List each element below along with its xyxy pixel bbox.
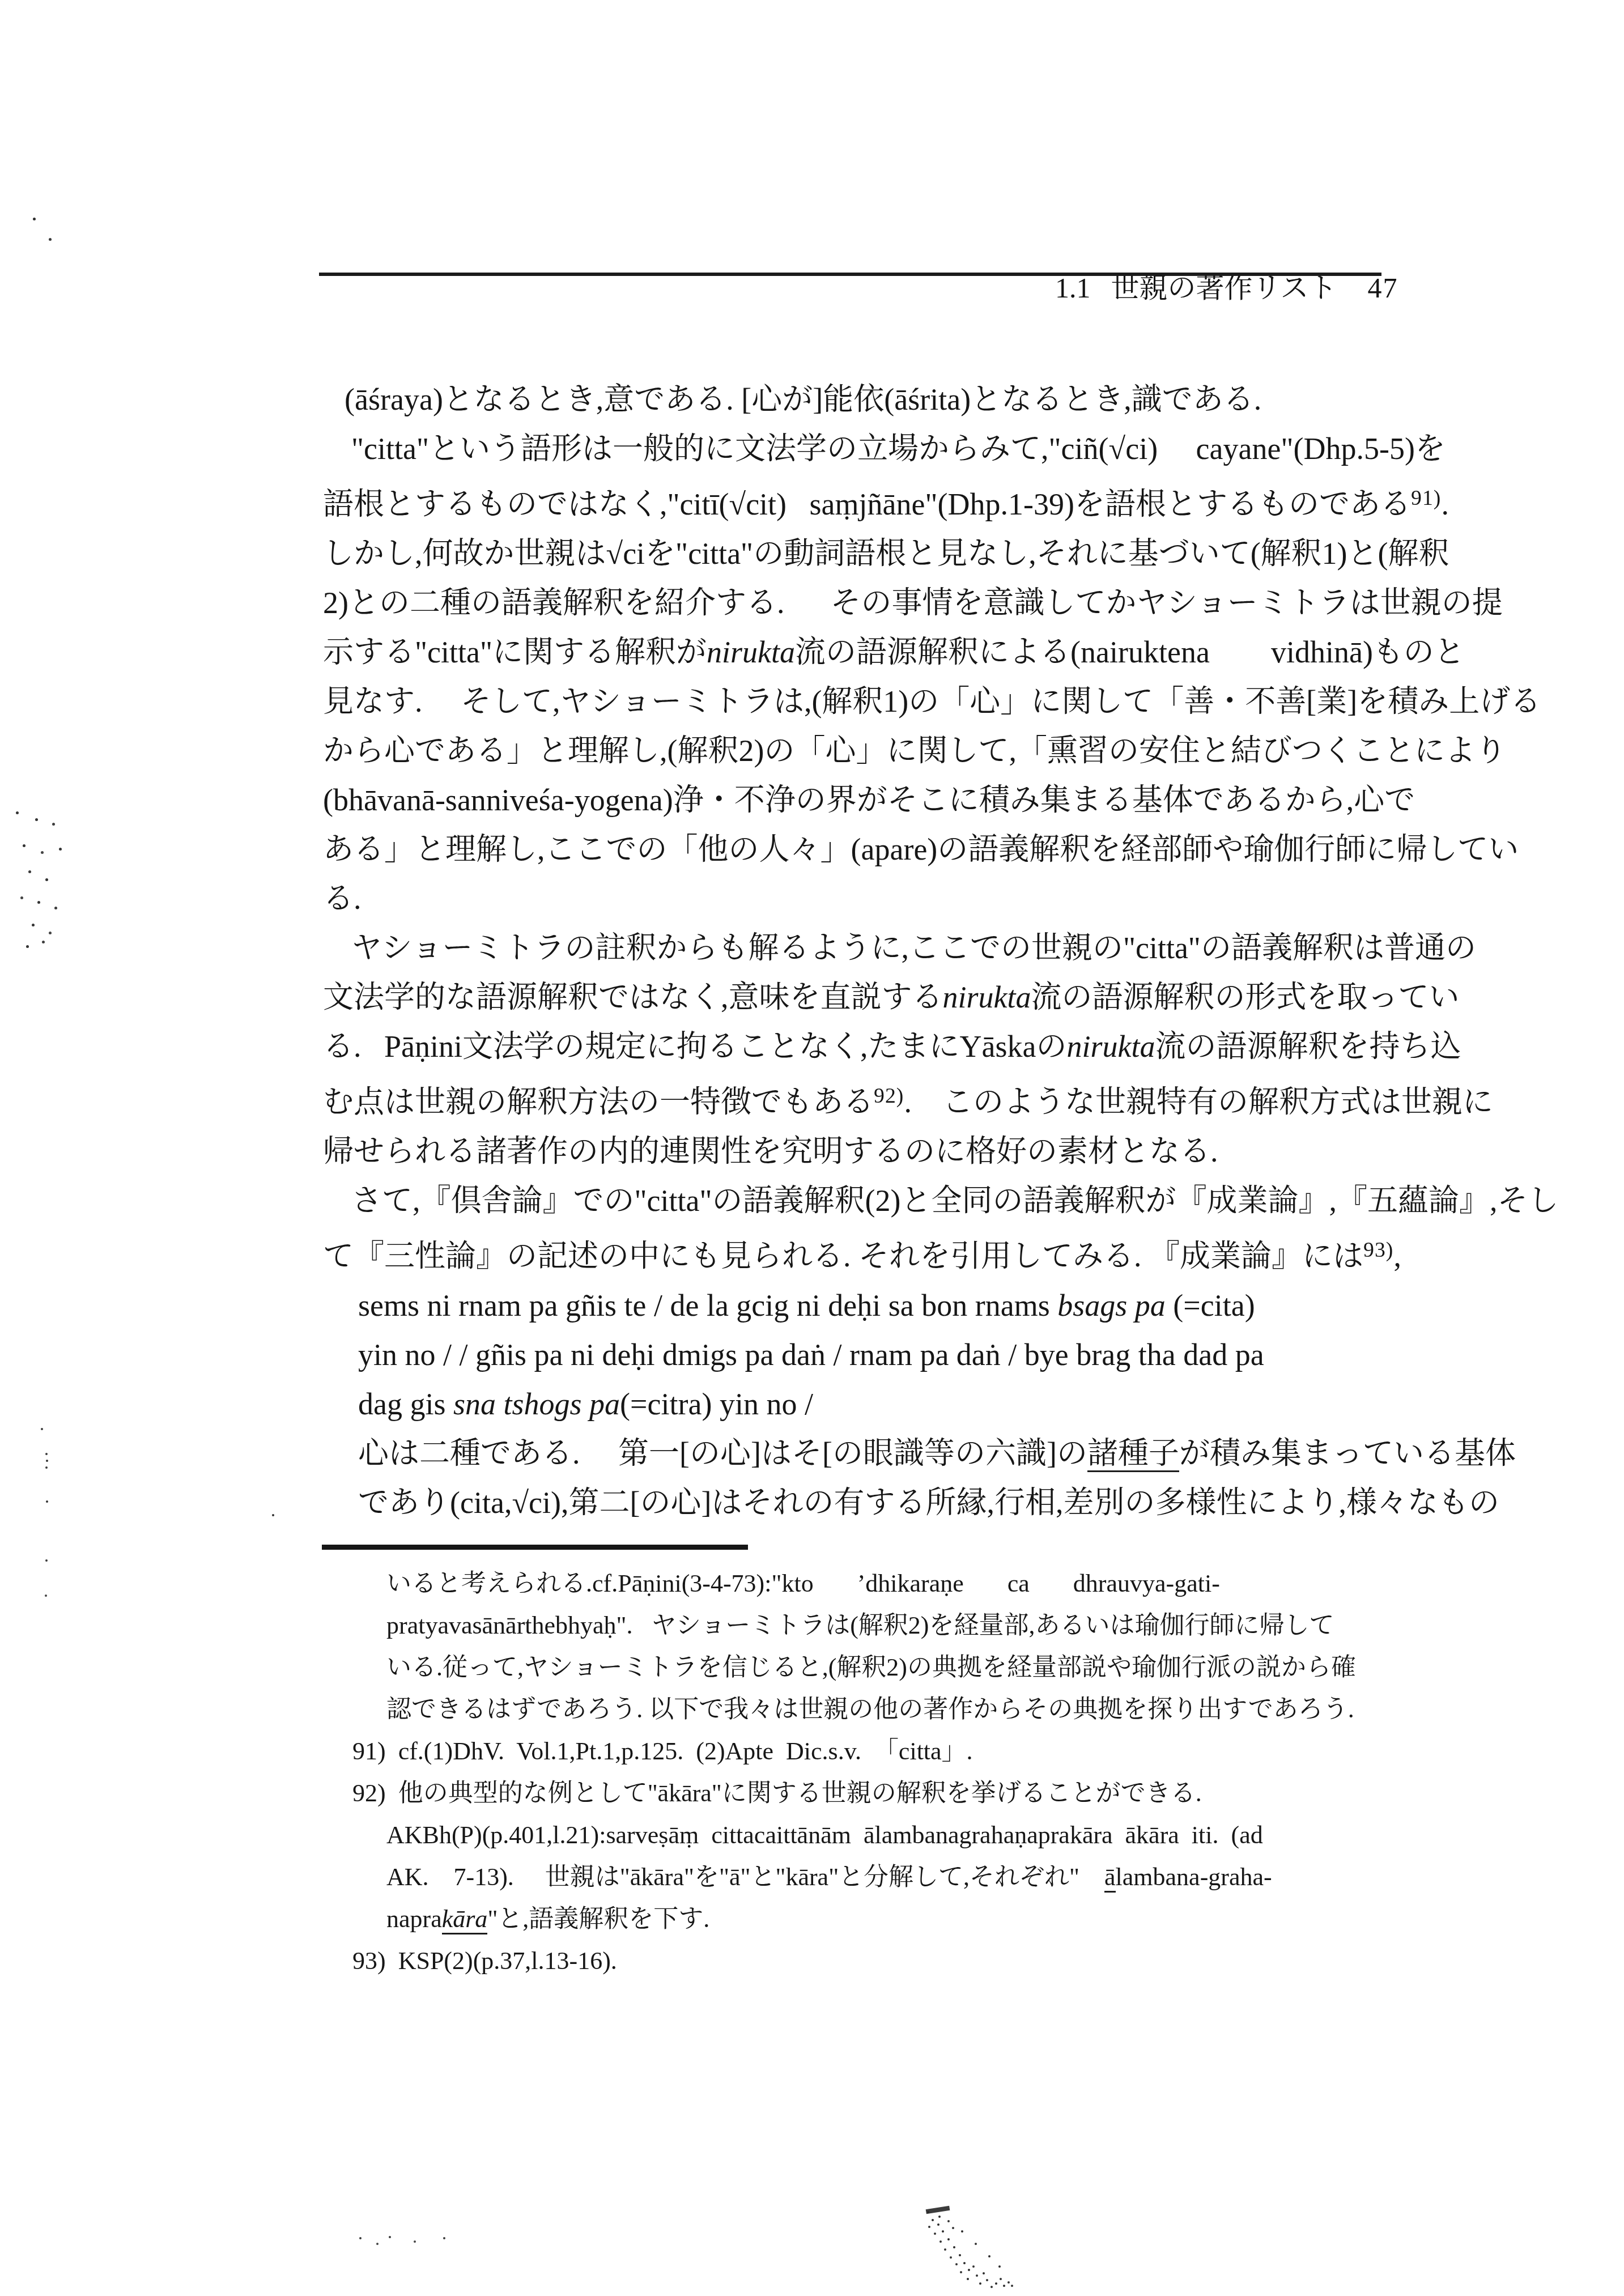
- text-segment: dag gis: [358, 1387, 453, 1421]
- text-segment: (=citra) yin no /: [620, 1387, 813, 1421]
- body-line: yin no / / gñis pa ni deḥi dmigs pa daṅ …: [323, 1330, 1349, 1380]
- text-segment: AK. 7-13). 世親は"ākāra"を"ā"と"kāra"と分解して,それ…: [386, 1863, 1104, 1891]
- body-line: "citta"という語形は一般的に文法学の立場からみて,"ciñ(√ci) ca…: [323, 424, 1349, 474]
- body-line: (bhāvanā-sanniveśa-yogena)浄・不浄の界がそこに積み集ま…: [323, 776, 1349, 825]
- scan-noise-bottom-right: [927, 2211, 929, 2213]
- text-segment: . このような世親特有の解釈方式は世親に: [904, 1085, 1493, 1119]
- text-segment: いると考えられる.cf.Pāṇini(3-4-73):"kto ’dhikara…: [386, 1570, 1220, 1597]
- footnote-line: いると考えられる.cf.Pāṇini(3-4-73):"kto ’dhikara…: [323, 1563, 1349, 1605]
- text-segment: 流の語源解釈による(nairuktena vidhinā)ものと: [795, 635, 1465, 669]
- text-segment: 2)との二種の語義解釈を紹介する. その事情を意識してかヤショーミトラは世親の提: [323, 586, 1503, 620]
- text-segment: (bhāvanā-sanniveśa-yogena)浄・不浄の界がそこに積み集ま…: [323, 783, 1415, 817]
- text-segment: "citta"という語形は一般的に文法学の立場からみて,"ciñ(√ci) ca…: [351, 432, 1446, 466]
- scan-speck-mid: [272, 1514, 274, 1516]
- section-title: 世親の著作リスト: [1111, 272, 1337, 304]
- text-segment: AKBh(P)(p.401,l.21):sarveṣāṃ cittacaittā…: [386, 1821, 1263, 1849]
- text-segment: る.: [323, 882, 362, 916]
- text-segment: 92) 他の典型的な例として"ākāra"に関する世親の解釈を挙げることができる…: [352, 1779, 1202, 1807]
- text-segment: 語根とするものではなく,"citī(√cit) saṃjñāne"(Dhp.1-…: [323, 487, 1411, 521]
- body-line: る. Pāṇini文法学の規定に拘ることなく,たまにYāskaのnirukta流…: [323, 1022, 1349, 1072]
- text-segment: 認できるはずであろう. 以下で我々は世親の他の著作からその典拠を探り出すであろう…: [386, 1695, 1354, 1723]
- text-segment: 見なす. そして,ヤショーミトラは,(解釈1)の「心」に関して「善・不善[業]を…: [323, 684, 1541, 718]
- footnote-line: 認できるはずであろう. 以下で我々は世親の他の著作からその典拠を探り出すであろう…: [323, 1689, 1349, 1730]
- text-segment: さて,『倶舎論』での"citta"の語義解釈(2)と全同の語義解釈が『成業論』,…: [351, 1184, 1559, 1218]
- text-segment: 93) KSP(2)(p.37,l.13-16).: [352, 1947, 617, 1975]
- text-segment: る. Pāṇini文法学の規定に拘ることなく,たまにYāskaの: [323, 1030, 1066, 1064]
- text-segment: yin no / / gñis pa ni deḥi dmigs pa daṅ …: [358, 1338, 1264, 1372]
- body-line: る.: [323, 874, 1349, 924]
- footnote-separator-rule: [322, 1545, 748, 1550]
- scan-noise-left-column: [41, 1428, 43, 1430]
- body-line: sems ni rnam pa gñis te / de la gcig ni …: [323, 1281, 1349, 1330]
- body-line: 心は二種である. 第一[の心]はそ[の眼識等の六識]の諸種子が積み集まっている基…: [323, 1429, 1349, 1478]
- body-line: 文法学的な語源解釈ではなく,意味を直説するnirukta流の語源解釈の形式を取っ…: [323, 973, 1349, 1022]
- body-line: ある」と理解し,ここでの「他の人々」(apare)の語義解釈を経部師や瑜伽行師に…: [323, 825, 1349, 874]
- text-segment: (=cita): [1166, 1289, 1255, 1323]
- footnote-line: AK. 7-13). 世親は"ākāra"を"ā"と"kāra"と分解して,それ…: [323, 1856, 1349, 1898]
- main-text-block: (āśraya)となるとき,意である. [心が]能依(āśrita)となるとき,…: [323, 375, 1349, 1528]
- text-segment: nirukta: [943, 980, 1031, 1014]
- footnote-line: 93) KSP(2)(p.37,l.13-16).: [323, 1940, 1349, 1982]
- footnote-line: pratyavasānārthebhyaḥ". ヤショーミトラは(解釈2)を経量…: [323, 1605, 1349, 1647]
- body-line: ヤショーミトラの註釈からも解るように,ここでの世親の"citta"の語義解釈は普…: [323, 924, 1349, 973]
- footnote-line: naprakāra"と,語義解釈を下す.: [323, 1898, 1349, 1940]
- text-segment: ā: [1104, 1863, 1116, 1893]
- text-segment: nirukta: [707, 635, 795, 669]
- text-segment: ある」と理解し,ここでの「他の人々」(apare)の語義解釈を経部師や瑜伽行師に…: [323, 832, 1519, 866]
- scan-noise-bottom-left: [359, 2237, 362, 2239]
- scan-smudge-bar: [926, 2206, 950, 2214]
- text-segment: 流の語源解釈を持ち込: [1155, 1030, 1461, 1064]
- text-segment: ヤショーミトラの註釈からも解るように,ここでの世親の"citta"の語義解釈は普…: [351, 931, 1476, 965]
- body-line: 帰せられる諸著作の内的連関性を究明するのに格好の素材となる.: [323, 1127, 1349, 1176]
- text-segment: nirukta: [1066, 1030, 1155, 1064]
- text-segment: 文法学的な語源解釈ではなく,意味を直説する: [323, 980, 943, 1014]
- footnote-line: AKBh(P)(p.401,l.21):sarveṣāṃ cittacaittā…: [323, 1814, 1349, 1856]
- text-segment: 91) cf.(1)DhV. Vol.1,Pt.1,p.125. (2)Apte…: [352, 1737, 973, 1765]
- text-segment: 92): [874, 1084, 904, 1108]
- header-rule: [319, 273, 1381, 276]
- footnote-line: 92) 他の典型的な例として"ākāra"に関する世親の解釈を挙げることができる…: [323, 1772, 1349, 1814]
- text-segment: 91): [1411, 486, 1441, 510]
- footnotes-block: いると考えられる.cf.Pāṇini(3-4-73):"kto ’dhikara…: [323, 1563, 1349, 1982]
- body-line: む点は世親の解釈方法の一特徴でもある92). このような世親特有の解釈方式は世親…: [323, 1072, 1349, 1127]
- text-segment: kāra: [442, 1905, 488, 1934]
- body-line: 見なす. そして,ヤショーミトラは,(解釈1)の「心」に関して「善・不善[業]を…: [323, 677, 1349, 726]
- text-segment: から心である」と理解し,(解釈2)の「心」に関して,「熏習の安住と結びつくことに…: [323, 734, 1506, 768]
- body-line: dag gis sna tshogs pa(=citra) yin no /: [323, 1380, 1349, 1429]
- text-segment: pratyavasānārthebhyaḥ". ヤショーミトラは(解釈2)を経量…: [386, 1612, 1334, 1639]
- text-segment: sna tshogs pa: [453, 1387, 620, 1421]
- text-segment: bsags pa: [1057, 1289, 1166, 1323]
- body-line: (āśraya)となるとき,意である. [心が]能依(āśrita)となるとき,…: [323, 375, 1349, 424]
- text-segment: 流の語源解釈の形式を取ってい: [1031, 980, 1460, 1014]
- text-segment: lambana-graha-: [1116, 1863, 1272, 1891]
- body-line: から心である」と理解し,(解釈2)の「心」に関して,「熏習の安住と結びつくことに…: [323, 726, 1349, 776]
- text-segment: 心は二種である. 第一[の心]はそ[の眼識等の六識]の: [358, 1436, 1087, 1470]
- text-segment: む点は世親の解釈方法の一特徴でもある: [323, 1085, 874, 1119]
- text-segment: いる.従って,ヤショーミトラを信じると,(解釈2)の典拠を経量部説や瑜伽行派の説…: [386, 1653, 1356, 1681]
- scan-speck-top-left: [33, 218, 36, 220]
- text-segment: ,: [1393, 1239, 1401, 1273]
- body-line: であり(cita,√ci),第二[の心]はそれの有する所縁,行相,差別の多様性に…: [323, 1478, 1349, 1528]
- text-segment: (āśraya)となるとき,意である. [心が]能依(āśrita)となるとき,…: [345, 382, 1261, 416]
- text-segment: しかし,何故か世親は√ciを"citta"の動詞語根と見なし,それに基づいて(解…: [323, 537, 1449, 571]
- footnote-line: いる.従って,ヤショーミトラを信じると,(解釈2)の典拠を経量部説や瑜伽行派の説…: [323, 1647, 1349, 1689]
- text-segment: 示する"citta"に関する解釈が: [323, 635, 707, 669]
- running-header: 1.1世親の著作リスト47: [1027, 240, 1398, 335]
- page-number: 47: [1368, 272, 1398, 304]
- text-segment: .: [1441, 487, 1449, 521]
- text-segment: sems ni rnam pa gñis te / de la gcig ni …: [358, 1289, 1057, 1323]
- text-segment: 帰せられる諸著作の内的連関性を究明するのに格好の素材となる.: [323, 1134, 1218, 1168]
- body-line: 語根とするものではなく,"citī(√cit) saṃjñāne"(Dhp.1-…: [323, 474, 1349, 529]
- scanned-document-page: 1.1世親の著作リスト47 (āśraya)となるとき,意である. [心が]能依…: [0, 0, 1624, 2296]
- text-segment: napra: [386, 1905, 442, 1933]
- text-segment: 諸種子: [1087, 1436, 1179, 1472]
- body-line: しかし,何故か世親は√ciを"citta"の動詞語根と見なし,それに基づいて(解…: [323, 529, 1349, 579]
- text-segment: であり(cita,√ci),第二[の心]はそれの有する所縁,行相,差別の多様性に…: [358, 1486, 1499, 1520]
- body-line: 示する"citta"に関する解釈がnirukta流の語源解釈による(nairuk…: [323, 628, 1349, 677]
- text-segment: 93): [1363, 1238, 1393, 1262]
- text-segment: "と,語義解釈を下す.: [487, 1905, 709, 1933]
- scan-noise-left-margin: [16, 811, 19, 814]
- footnote-line: 91) cf.(1)DhV. Vol.1,Pt.1,p.125. (2)Apte…: [323, 1730, 1349, 1772]
- section-number: 1.1: [1055, 272, 1091, 304]
- body-line: 2)との二種の語義解釈を紹介する. その事情を意識してかヤショーミトラは世親の提: [323, 579, 1349, 628]
- text-segment: て『三性論』の記述の中にも見られる. それを引用してみる. 『成業論』には: [323, 1239, 1363, 1273]
- body-line: て『三性論』の記述の中にも見られる. それを引用してみる. 『成業論』には93)…: [323, 1226, 1349, 1281]
- text-segment: が積み集まっている基体: [1179, 1436, 1516, 1470]
- body-line: さて,『倶舎論』での"citta"の語義解釈(2)と全同の語義解釈が『成業論』,…: [323, 1176, 1349, 1226]
